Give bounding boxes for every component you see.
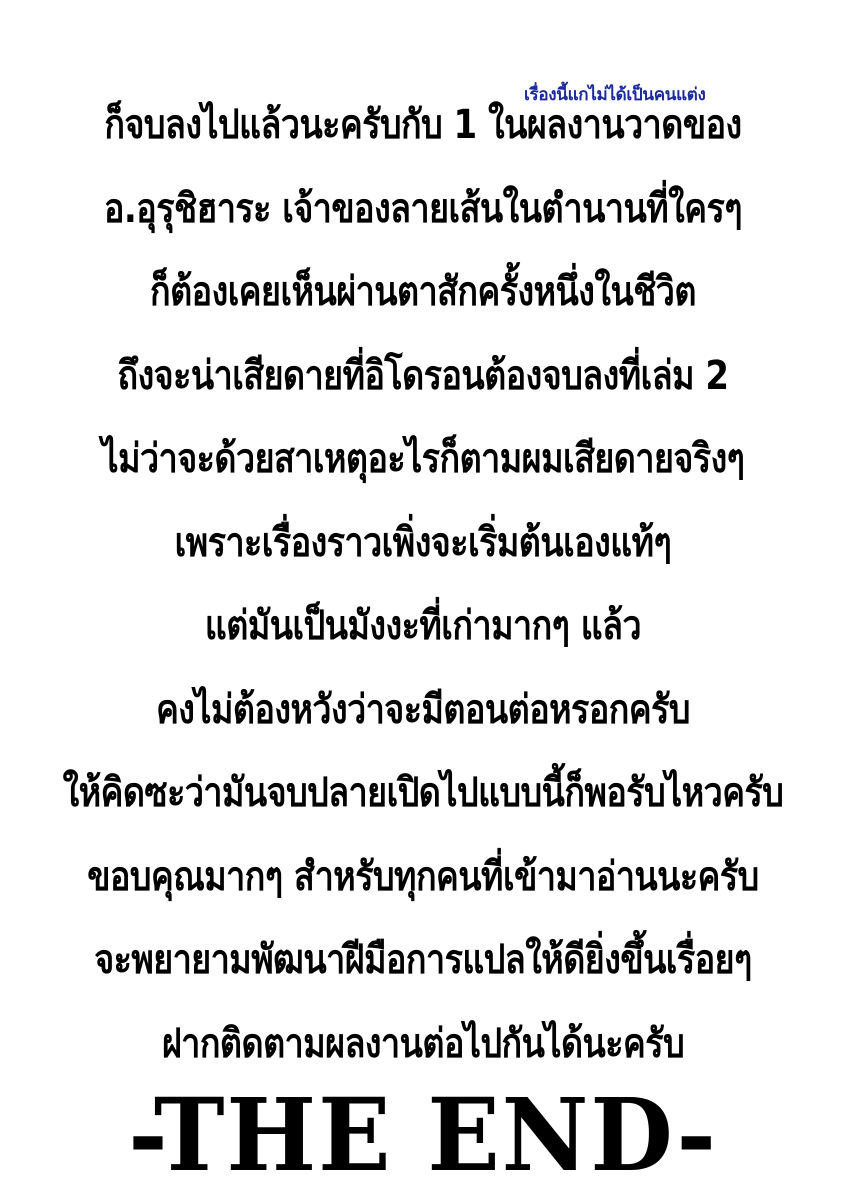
afterword-line: ฝากติดตามผลงานต่อไปกันได้นะครับ [0,1015,846,1074]
afterword-line: แต่มันเป็นมังงะที่เก่ามากๆ แล้ว [0,597,846,656]
afterword-line: ก็จบลงไปแล้วนะครับกับ 1 ในผลงานวาดของ [0,96,846,155]
translator-afterword-page: เรื่องนี้แกไม่ได้เป็นคนแต่ง ก็จบลงไปแล้ว… [0,0,846,1200]
afterword-line: ไม่ว่าจะด้วยสาเหตุอะไรก็ตามผมเสียดายจริง… [0,430,846,489]
afterword-line: ก็ต้องเคยเห็นผ่านตาสักครั้งหนึ่งในชีวิต [0,263,846,322]
afterword-line: ให้คิดซะว่ามันจบปลายเปิดไปแบบนี้ก็พอรับไ… [0,764,846,823]
afterword-line: จะพยายามพัฒนาฝีมือการแปลให้ดียิ่งขึ้นเรื… [0,931,846,990]
afterword-line: ถึงจะน่าเสียดายที่อิโดรอนต้องจบลงที่เล่ม… [0,347,846,406]
afterword-line: ขอบคุณมากๆ สำหรับทุกคนที่เข้ามาอ่านนะครั… [0,848,846,907]
afterword-line: อ.อุรุชิฮาระ เจ้าของลายเส้นในตำนานที่ใคร… [0,180,846,239]
the-end-title: -THE END- [21,1080,825,1190]
afterword-line: เพราะเรื่องราวเพิ่งจะเริ่มต้นเองแท้ๆ [0,514,846,573]
afterword-line: คงไม่ต้องหวังว่าจะมีตอนต่อหรอกครับ [0,681,846,740]
